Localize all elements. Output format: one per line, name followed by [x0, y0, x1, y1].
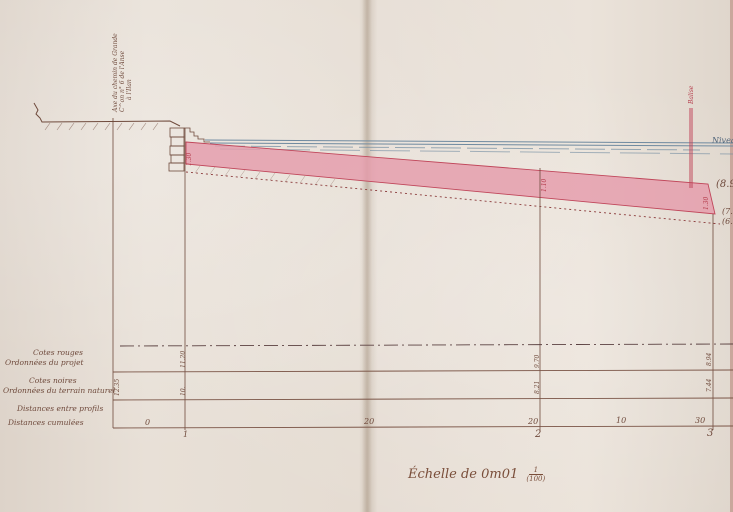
axis-annotation-line1: Axe du chemin de Grande: [112, 33, 119, 112]
row-label-cumulative-distances: Distances cumulées: [8, 418, 84, 427]
scale-text: Échelle de 0m01: [408, 467, 518, 482]
profile-drawing: [0, 0, 733, 512]
scale-fraction: (1100): [526, 466, 545, 483]
pole-label: Balise: [688, 86, 695, 104]
cell-dist-col3: 10: [616, 416, 626, 425]
end-elevation-bottom: (6.: [722, 217, 733, 226]
cell-black-col2: 8.21: [534, 381, 541, 394]
row-sublabel-ground-ordinates: Ordonnées du terrain naturel: [3, 386, 115, 395]
cell-cum-col3: 30: [695, 416, 705, 425]
water-level-label: Niveau: [712, 136, 733, 145]
cell-red-col2: 9.70: [534, 355, 541, 368]
red-dim-profile-1: 1.30: [186, 153, 193, 166]
row-label-red-elevations: Cotes rouges: [33, 348, 83, 357]
end-elevation-mid: (7.: [722, 207, 733, 216]
marker-pole: [690, 108, 692, 188]
cell-black-col0: 12.35: [114, 379, 121, 396]
profile-number-2: 2: [535, 429, 541, 440]
red-dim-profile-2: 1.10: [541, 179, 548, 192]
red-dim-profile-3: 1.30: [703, 197, 710, 210]
cell-black-col1: 10.: [180, 386, 187, 396]
cell-cum-col1: 0: [145, 418, 150, 427]
profile-number-1: 1: [183, 430, 188, 439]
end-elevation-top: (8.9: [716, 179, 733, 190]
cell-red-col3: 8.94: [706, 353, 713, 366]
scale-fraction-numerator: 1: [529, 466, 542, 475]
table-lines: [113, 344, 733, 428]
cell-cum-col2: 20: [528, 417, 538, 426]
profile-number-3: 3: [707, 428, 713, 439]
scale-caption: Échelle de 0m01 (1100): [408, 466, 545, 483]
scale-fraction-denominator: 100: [529, 475, 542, 483]
cell-cum-mid: 20: [364, 417, 374, 426]
row-sublabel-project-ordinates: Ordonnées du projet: [5, 358, 84, 367]
axis-annotation-line3: à l'Ilan: [126, 79, 133, 100]
axis-annotation-line2: C^on n° 6 de l'Anse: [119, 51, 126, 112]
cell-black-col3: 7.44: [706, 379, 713, 392]
row-label-black-elevations: Cotes noires: [29, 376, 77, 385]
cell-red-col1: 11.20: [180, 351, 187, 368]
row-label-distances-between: Distances entre profils: [17, 404, 103, 413]
natural-ground: [34, 103, 180, 130]
